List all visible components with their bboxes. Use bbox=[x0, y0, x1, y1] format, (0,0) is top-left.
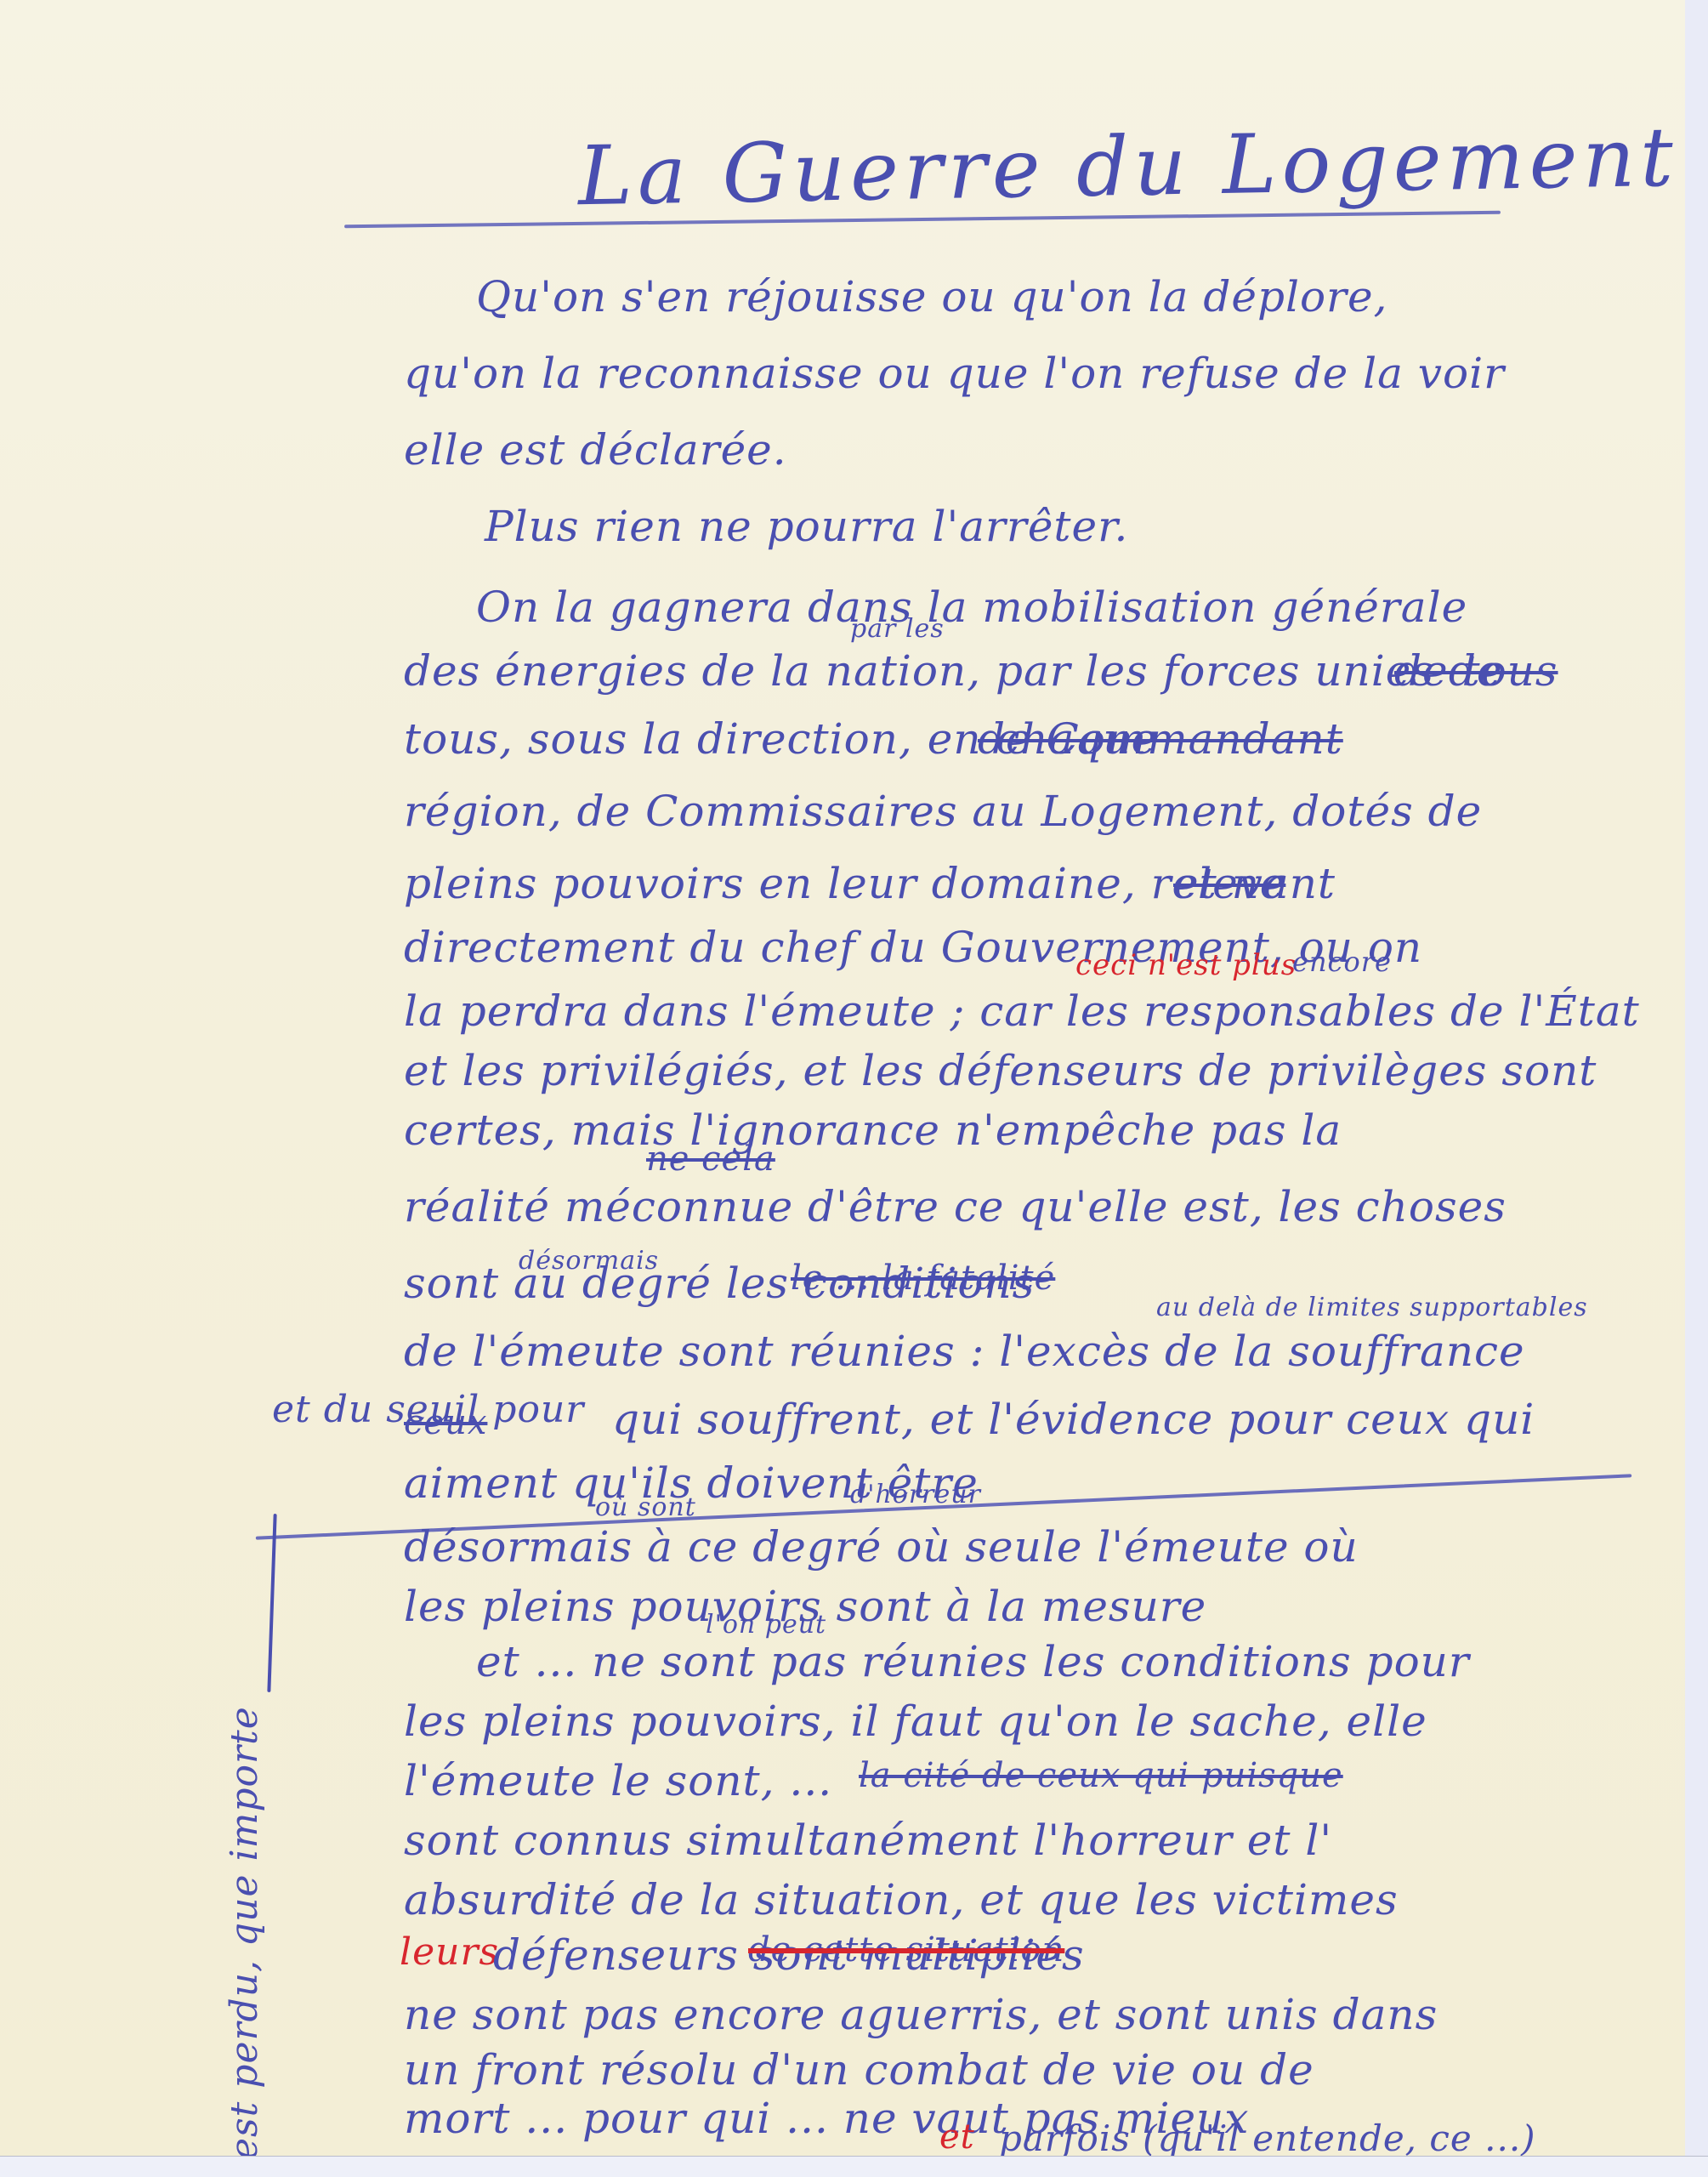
text-line-8: région, de Commissaires au Logement, dot… bbox=[404, 787, 1482, 836]
insertion-au-dela: au delà de limites supportables bbox=[1156, 1293, 1588, 1322]
insertion-ou-sont: où sont bbox=[595, 1492, 696, 1522]
struck-la-fatalite: le ... la fatalité bbox=[791, 1259, 1055, 1298]
manuscript-page: La Guerre du Logement Qu'on s'en réjouis… bbox=[0, 0, 1685, 2156]
text-line-6: des énergies de la nation, par les force… bbox=[404, 646, 1502, 696]
text-line-27: ne sont pas encore aguerris, et sont uni… bbox=[404, 1990, 1438, 2039]
text-line-21: et ... ne sont pas réunies les condition… bbox=[476, 1637, 1470, 1686]
text-line-3: elle est déclarée. bbox=[404, 425, 787, 475]
text-line-28: un front résolu d'un combat de vie ou de bbox=[404, 2045, 1314, 2095]
text-line-2: qu'on la reconnaisse ou que l'on refuse … bbox=[404, 349, 1505, 398]
scan-edge-bottom bbox=[0, 2156, 1708, 2177]
insertion-ceci-nest-plus: ceci n'est plus bbox=[1075, 948, 1297, 982]
text-line-25: absurdité de la situation, et que les vi… bbox=[404, 1875, 1399, 1924]
struck-de-tous: de tous bbox=[1394, 646, 1558, 696]
manuscript-title: La Guerre du Logement bbox=[577, 110, 1679, 225]
margin-vertical-bar bbox=[267, 1514, 276, 1692]
text-line-4: Plus rien ne pourra l'arrêter. bbox=[485, 502, 1128, 551]
text-line-11: la perdra dans l'émeute ; car les respon… bbox=[404, 986, 1640, 1036]
insertion-encore: encore bbox=[1292, 946, 1392, 978]
struck-et-ne: et ne bbox=[1173, 859, 1285, 908]
struck-commandant: de Commandant bbox=[978, 714, 1343, 764]
insertion-dhorreur: d'horreur bbox=[850, 1480, 981, 1509]
text-line-13: certes, mais l'ignorance n'empêche pas l… bbox=[404, 1106, 1342, 1155]
struck-de-cette-situation: de cette situation bbox=[748, 1930, 1064, 1970]
text-line-22: les pleins pouvoirs, il faut qu'on le sa… bbox=[404, 1697, 1427, 1746]
insertion-et-red: et bbox=[939, 2117, 975, 2157]
text-line-14: réalité méconnue d'être ce qu'elle est, … bbox=[404, 1182, 1507, 1231]
struck-ceux: ceux bbox=[404, 1403, 487, 1442]
text-line-30: parfois (qu'il entende, ce ...) bbox=[999, 2117, 1536, 2159]
scan-edge-right bbox=[1685, 0, 1708, 2177]
text-line-5: On la gagnera dans la mobilisation génér… bbox=[476, 583, 1467, 632]
text-line-23: l'émeute le sont, ... bbox=[404, 1756, 832, 1805]
text-line-12: et les privilégiés, et les défenseurs de… bbox=[404, 1046, 1597, 1095]
insertion-lon-peut: l'on peut bbox=[706, 1610, 826, 1640]
text-line-1: Qu'on s'en réjouisse ou qu'on la déplore… bbox=[476, 272, 1387, 321]
margin-note-vertical: est perdu, que importe bbox=[223, 1706, 266, 2160]
text-line-19: désormais à ce degré où seule l'émeute o… bbox=[404, 1522, 1359, 1572]
text-line-16: de l'émeute sont réunies : l'excès de la… bbox=[404, 1327, 1525, 1376]
text-line-24: sont connus simultanément l'horreur et l… bbox=[404, 1816, 1332, 1865]
insertion-leurs: leurs bbox=[400, 1930, 499, 1974]
text-line-17: qui souffrent, et l'évidence pour ceux q… bbox=[612, 1395, 1535, 1444]
struck-ne-cela: ne cela bbox=[646, 1140, 775, 1179]
struck-la-cite: la cité de ceux qui puisque bbox=[859, 1756, 1343, 1795]
insertion-par-les: par les bbox=[850, 614, 945, 644]
